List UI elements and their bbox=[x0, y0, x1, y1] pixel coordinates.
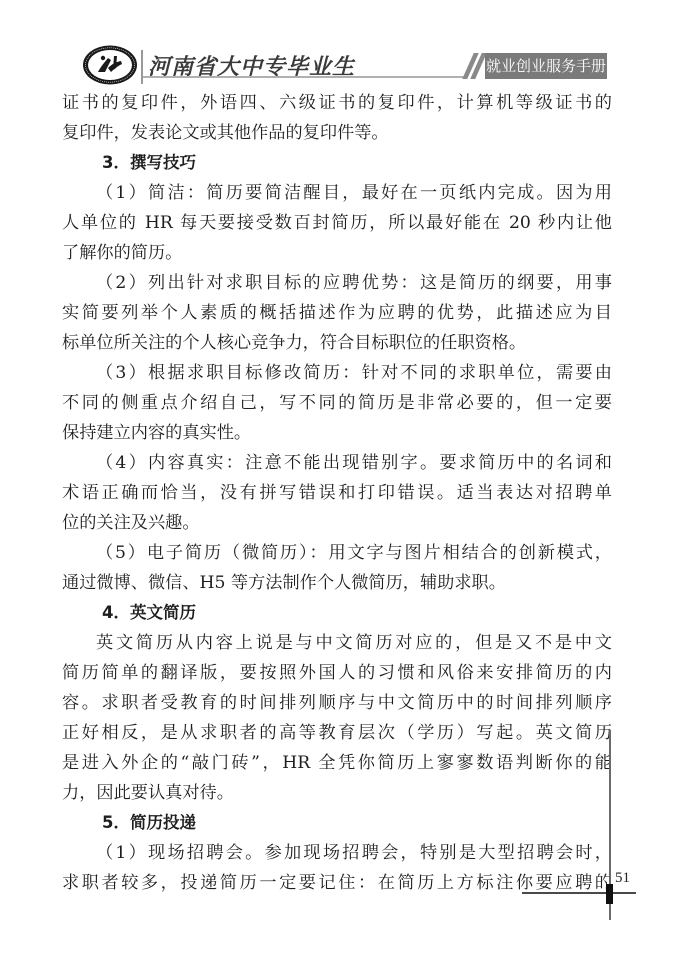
text-line: 复印件，发表论文或其他作品的复印件等。 bbox=[62, 118, 612, 148]
text-line: 标单位所关注的个人核心竞争力，符合目标职位的任职资格。 bbox=[62, 328, 612, 358]
text-line: 求职者较多，投递简历一定要记住：在简历上方标注你要应聘的 bbox=[62, 868, 612, 898]
footer-rule bbox=[522, 892, 636, 894]
text-line: 正好相反，是从求职者的高等教育层次（学历）写起。英文简历 bbox=[62, 718, 612, 748]
university-emblem-icon bbox=[81, 44, 139, 86]
text-line: 证书的复印件，外语四、六级证书的复印件，计算机等级证书的 bbox=[62, 88, 612, 118]
text-line: 力，因此要认真对待。 bbox=[62, 778, 612, 808]
section-heading: 3．撰写技巧 bbox=[62, 148, 612, 178]
text-line: （2）列出针对求职目标的应聘优势：这是简历的纲要，用事 bbox=[62, 268, 612, 298]
text-line: 简历简单的翻译版，要按照外国人的习惯和风俗来安排简历的内 bbox=[62, 658, 612, 688]
header-badge: 就业创业服务手册 bbox=[485, 53, 607, 79]
text-line: 保持建立内容的真实性。 bbox=[62, 418, 612, 448]
section-heading: 5．简历投递 bbox=[62, 808, 612, 838]
page-marker bbox=[606, 884, 613, 904]
text-line: 不同的侧重点介绍自己，写不同的简历是非常必要的，但一定要 bbox=[62, 388, 612, 418]
text-line: 通过微博、微信、H5 等方法制作个人微简历，辅助求职。 bbox=[62, 568, 612, 598]
text-line: 容。求职者受教育的时间排列顺序与中文简历中的时间排列顺序 bbox=[62, 688, 612, 718]
text-line: （3）根据求职目标修改简历：针对不同的求职单位，需要由 bbox=[62, 358, 612, 388]
page-header: 河南省大中专毕业生 就业创业服务手册 bbox=[0, 0, 679, 90]
text-line: 位的关注及兴趣。 bbox=[62, 508, 612, 538]
text-line: 实简要列举个人素质的概括描述作为应聘的优势，此描述应为目 bbox=[62, 298, 612, 328]
text-line: 是进入外企的“敲门砖”，HR 全凭你简历上寥寥数语判断你的能 bbox=[62, 748, 612, 778]
text-line: 人单位的 HR 每天要接受数百封简历，所以最好能在 20 秒内让他 bbox=[62, 208, 612, 238]
text-line: 了解你的简历。 bbox=[62, 238, 612, 268]
text-line: 英文简历从内容上说是与中文简历对应的，但是又不是中文 bbox=[62, 628, 612, 658]
header-rule bbox=[143, 76, 465, 78]
text-line: （5）电子简历（微简历）：用文字与图片相结合的创新模式， bbox=[62, 538, 612, 568]
page-body: 证书的复印件，外语四、六级证书的复印件，计算机等级证书的复印件，发表论文或其他作… bbox=[62, 88, 612, 898]
text-line: 术语正确而恰当，没有拼写错误和打印错误。适当表达对招聘单 bbox=[62, 478, 612, 508]
section-heading: 4．英文简历 bbox=[62, 598, 612, 628]
page-number: 51 bbox=[615, 870, 630, 887]
header-separator bbox=[141, 50, 143, 84]
text-line: （4）内容真实：注意不能出现错别字。要求简历中的名词和 bbox=[62, 448, 612, 478]
text-line: （1）现场招聘会。参加现场招聘会，特别是大型招聘会时， bbox=[62, 838, 612, 868]
text-line: （1）简洁：简历要简洁醒目，最好在一页纸内完成。因为用 bbox=[62, 178, 612, 208]
